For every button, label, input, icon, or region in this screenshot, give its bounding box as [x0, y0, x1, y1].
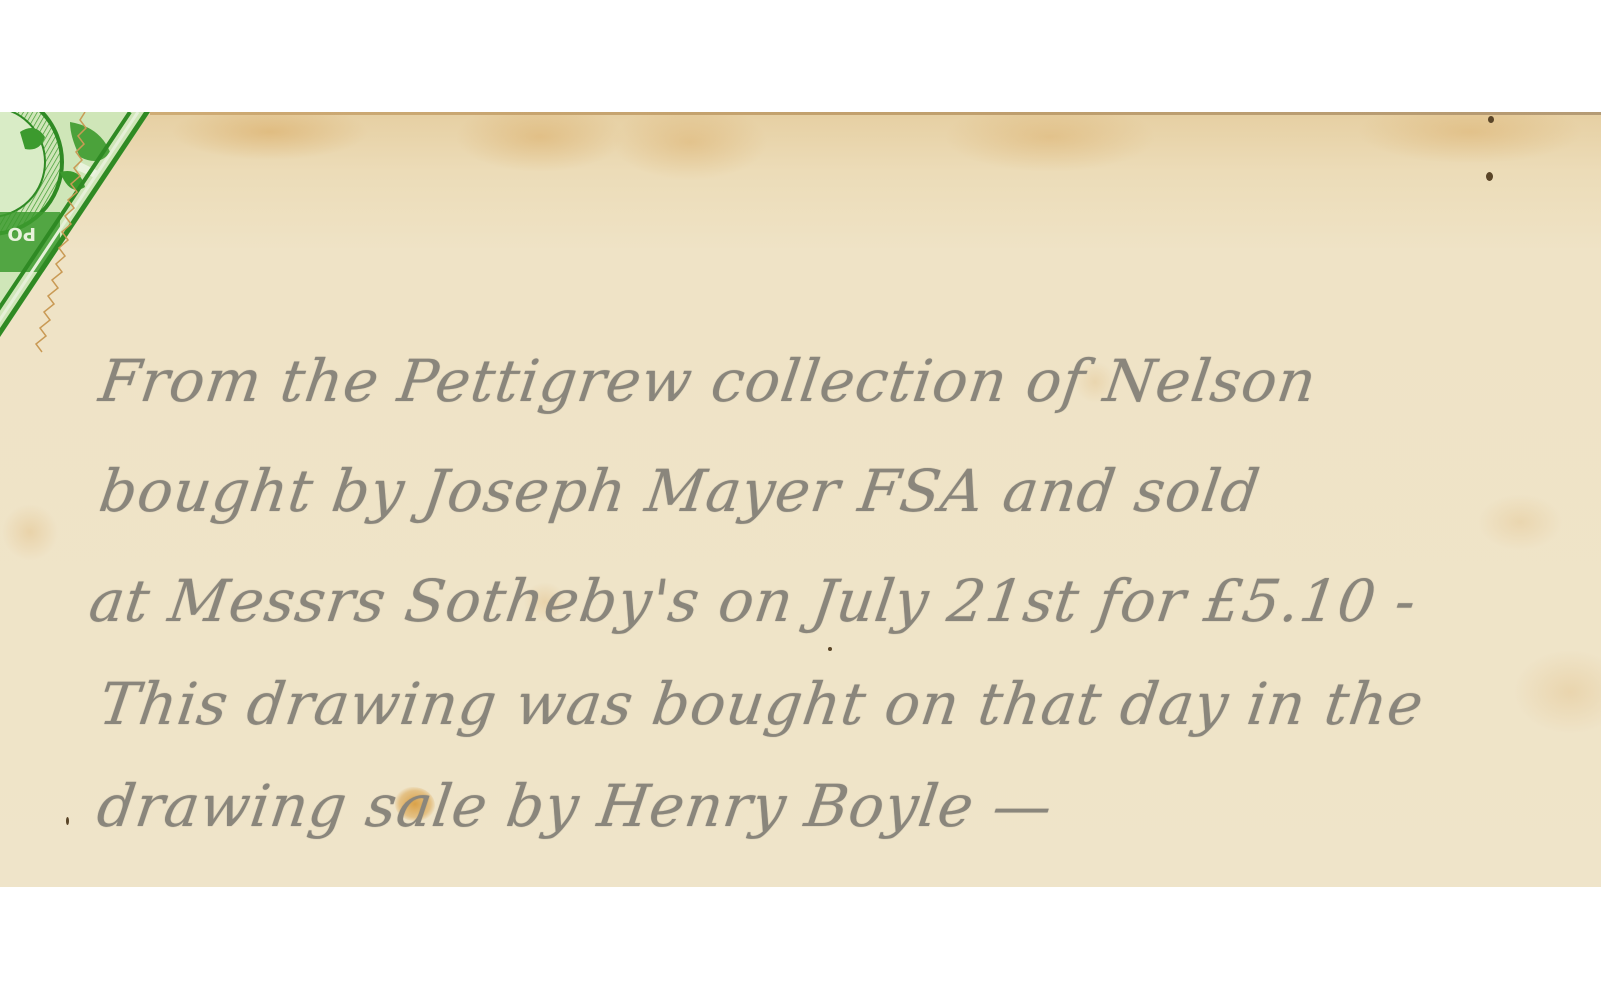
paper-speck — [66, 817, 69, 825]
photo-frame: PO From the Pettigrew collection of Nels… — [0, 0, 1601, 1000]
svg-text:PO: PO — [8, 223, 37, 244]
note-line-1: From the Pettigrew collection of Nelson — [95, 347, 1321, 415]
aged-paper: PO From the Pettigrew collection of Nels… — [0, 112, 1601, 887]
note-line-2: bought by Joseph Mayer FSA and sold — [95, 457, 1264, 525]
paper-top-edge — [150, 112, 1601, 115]
note-line-5: drawing sale by Henry Boyle — — [93, 772, 1057, 840]
stamp-icon: PO — [0, 112, 170, 362]
paper-speck — [1486, 172, 1493, 181]
note-line-4: This drawing was bought on that day in t… — [95, 670, 1428, 738]
paper-speck — [828, 647, 832, 651]
paper-speck — [1488, 116, 1494, 123]
note-line-3: at Messrs Sotheby's on July 21st for £5.… — [85, 567, 1421, 635]
postage-stamp: PO — [0, 112, 170, 362]
